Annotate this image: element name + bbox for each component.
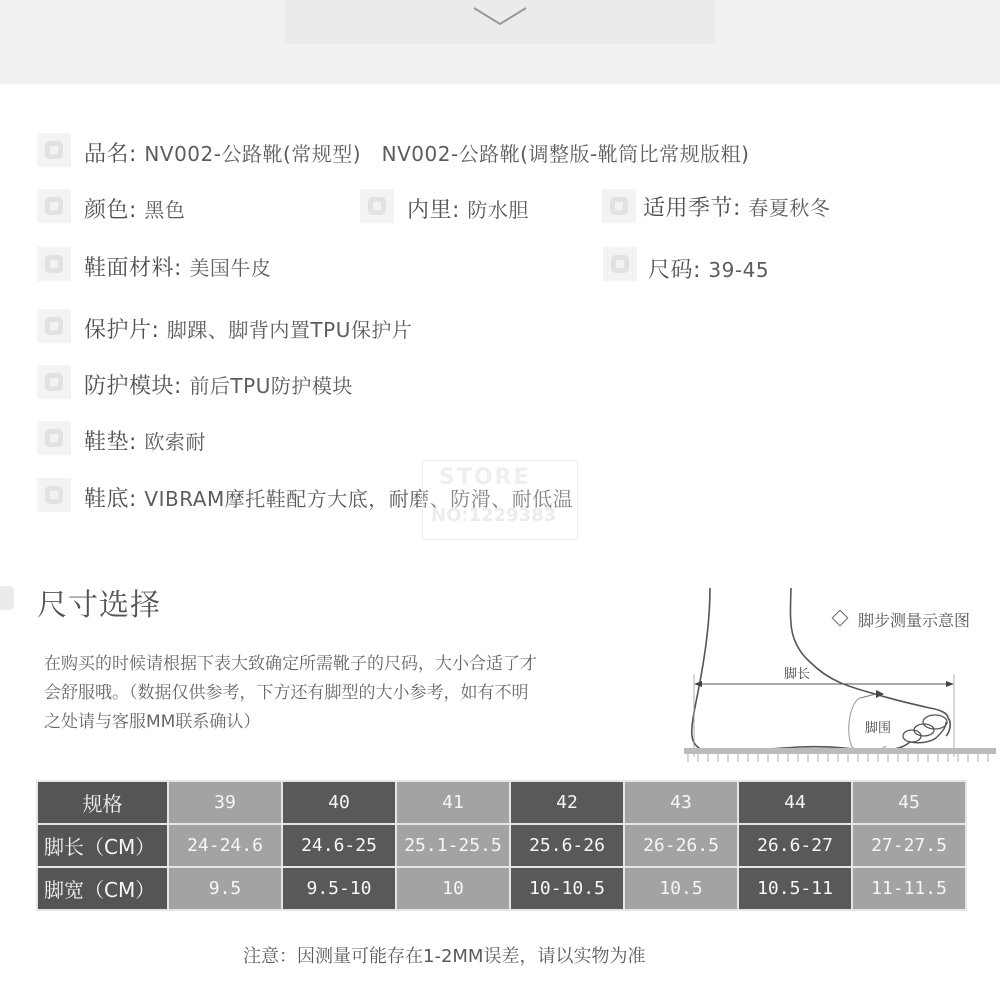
spec-value: NV002-公路靴(常规型) NV002-公路靴(调整版-靴筒比常规版粗) <box>144 142 749 166</box>
diagram-title-text: 脚步测量示意图 <box>858 611 970 630</box>
bullet-icon <box>37 309 71 343</box>
spec-season: 适用季节: 春夏秋冬 <box>643 191 830 222</box>
bullet-icon <box>603 247 637 281</box>
table-cell: 11-11.5 <box>853 868 965 909</box>
spec-label: 鞋垫: <box>84 430 137 455</box>
spec-size-range: 尺码: 39-45 <box>648 253 769 284</box>
spec-value: 欧索耐 <box>144 430 206 454</box>
watermark-line1: STORE <box>439 465 531 490</box>
spec-insole: 鞋垫: 欧索耐 <box>84 425 206 456</box>
table-cell: 24-24.6 <box>169 825 281 866</box>
spec-label: 防护模块: <box>84 374 182 399</box>
spec-label: 尺码: <box>648 258 701 283</box>
table-cell: 10.5 <box>625 868 737 909</box>
intro-line: 在购买的时候请根据下表大致确定所需靴子的尺码，大小合适了才 <box>44 650 664 679</box>
spec-color: 颜色: 黑色 <box>84 193 185 224</box>
row-header: 脚长（CM） <box>38 825 167 866</box>
store-watermark: STORE NO:1229383 <box>422 460 578 540</box>
bullet-icon <box>37 189 71 223</box>
size-chart-table: 规格 39 40 41 42 43 44 45 脚长（CM） 24-24.6 2… <box>36 780 967 911</box>
bullet-icon <box>602 189 636 223</box>
table-cell: 10 <box>397 868 509 909</box>
row-header: 规格 <box>38 782 167 823</box>
spec-value: 前后TPU防护模块 <box>189 374 352 398</box>
table-cell: 25.1-25.5 <box>397 825 509 866</box>
spec-protective-module: 防护模块: 前后TPU防护模块 <box>84 369 353 400</box>
table-cell: 40 <box>283 782 395 823</box>
table-row-foot-length: 脚长（CM） 24-24.6 24.6-25 25.1-25.5 25.6-26… <box>38 825 965 866</box>
diagram-title: 脚步测量示意图 <box>834 608 970 631</box>
size-section-title: 尺寸选择 <box>37 580 161 624</box>
bullet-icon <box>37 365 71 399</box>
intro-line: 之处请与客服MM联系确认） <box>44 708 664 737</box>
table-cell: 26-26.5 <box>625 825 737 866</box>
table-cell: 26.6-27 <box>739 825 851 866</box>
girth-label: 脚围 <box>865 720 891 736</box>
spec-label: 鞋面材料: <box>84 256 182 281</box>
spec-product-name: 品名: NV002-公路靴(常规型) NV002-公路靴(调整版-靴筒比常规版粗… <box>84 137 750 168</box>
size-intro-text: 在购买的时候请根据下表大致确定所需靴子的尺码，大小合适了才 会舒服哦。（数据仅供… <box>44 650 664 737</box>
bullet-icon <box>37 421 71 455</box>
spec-lining: 内里: 防水胆 <box>407 193 529 224</box>
spec-value: 春夏秋冬 <box>748 196 830 220</box>
spec-value: 脚踝、脚背内置TPU保护片 <box>167 318 412 342</box>
top-banner <box>0 0 1000 84</box>
table-cell: 44 <box>739 782 851 823</box>
table-cell: 25.6-26 <box>511 825 623 866</box>
chevron-down-icon[interactable] <box>472 6 528 26</box>
table-cell: 10.5-11 <box>739 868 851 909</box>
table-cell: 45 <box>853 782 965 823</box>
spec-value: 黑色 <box>144 198 185 222</box>
table-cell: 41 <box>397 782 509 823</box>
watermark-line2: NO:1229383 <box>431 505 556 526</box>
intro-line: 会舒服哦。（数据仅供参考，下方还有脚型的大小参考，如有不明 <box>44 679 664 708</box>
table-cell: 42 <box>511 782 623 823</box>
table-cell: 10-10.5 <box>511 868 623 909</box>
bullet-icon <box>37 133 71 167</box>
spec-value: 防水胆 <box>467 198 529 222</box>
table-cell: 24.6-25 <box>283 825 395 866</box>
spec-label: 颜色: <box>84 198 137 223</box>
spec-protective-pad: 保护片: 脚踝、脚背内置TPU保护片 <box>84 313 412 344</box>
spec-value: 美国牛皮 <box>189 256 271 280</box>
section-bullet-icon <box>0 586 14 610</box>
spec-value: 39-45 <box>708 258 769 282</box>
diamond-icon <box>832 610 849 627</box>
spec-label: 保护片: <box>84 318 159 343</box>
bullet-icon <box>360 189 394 223</box>
spec-label: 适用季节: <box>643 196 741 221</box>
row-header: 脚宽（CM） <box>38 868 167 909</box>
length-label: 脚长 <box>784 666 810 682</box>
table-row-size: 规格 39 40 41 42 43 44 45 <box>38 782 965 823</box>
spec-upper-material: 鞋面材料: 美国牛皮 <box>84 251 271 282</box>
table-row-foot-width: 脚宽（CM） 9.5 9.5-10 10 10-10.5 10.5 10.5-1… <box>38 868 965 909</box>
table-cell: 39 <box>169 782 281 823</box>
spec-label: 品名: <box>84 142 137 167</box>
table-cell: 43 <box>625 782 737 823</box>
bullet-icon <box>37 247 71 281</box>
table-cell: 9.5 <box>169 868 281 909</box>
table-cell: 27-27.5 <box>853 825 965 866</box>
spec-label: 鞋底: <box>84 487 137 512</box>
table-cell: 9.5-10 <box>283 868 395 909</box>
bullet-icon <box>37 478 71 512</box>
spec-label: 内里: <box>407 198 460 223</box>
measurement-note: 注意：因测量可能存在1-2MM误差，请以实物为准 <box>243 942 645 968</box>
